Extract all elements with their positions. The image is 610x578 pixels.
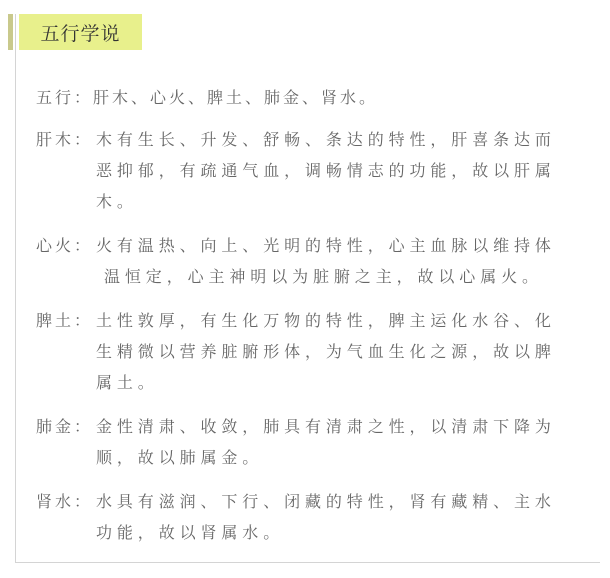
entry-line: 功能，故以肾属水。 (36, 517, 556, 548)
entry-line: 属土。 (36, 367, 556, 398)
entry-line: 木。 (36, 186, 556, 217)
entry-spleen-earth: 脾土： 土性敦厚，有生化万物的特性，脾主运化水谷、化 生精微以营养脏腑形体，为气… (36, 305, 556, 398)
entry-lung-metal: 肺金： 金性清肃、收敛，肺具有清肃之性，以清肃下降为 顺，故以肺属金。 (36, 411, 556, 473)
section-header: 五行学说 (19, 14, 142, 50)
entry-label: 肝木： (36, 124, 96, 155)
header-accent-bar (8, 14, 13, 50)
intro-line: 五行：肝木、心火、脾土、肺金、肾水。 (36, 84, 556, 112)
entry-label: 心火： (36, 230, 96, 261)
entry-liver-wood: 肝木： 木有生长、升发、舒畅、条达的特性，肝喜条达而 恶抑郁，有疏通气血，调畅情… (36, 124, 556, 217)
entry-line: 顺，故以肺属金。 (36, 442, 556, 473)
entry-line: 温恒定，心主神明以为脏腑之主，故以心属火。 (36, 261, 556, 292)
entry-line: 火有温热、向上、光明的特性，心主血脉以维持体 (36, 230, 556, 261)
content-body: 五行：肝木、心火、脾土、肺金、肾水。 肝木： 木有生长、升发、舒畅、条达的特性，… (36, 84, 556, 561)
entry-line: 生精微以营养脏腑形体，为气血生化之源，故以脾 (36, 336, 556, 367)
entry-line: 木有生长、升发、舒畅、条达的特性，肝喜条达而 (36, 124, 556, 155)
entry-line: 恶抑郁，有疏通气血，调畅情志的功能，故以肝属 (36, 155, 556, 186)
entry-heart-fire: 心火： 火有温热、向上、光明的特性，心主血脉以维持体 温恒定，心主神明以为脏腑之… (36, 230, 556, 292)
entry-line: 土性敦厚，有生化万物的特性，脾主运化水谷、化 (36, 305, 556, 336)
entry-line: 金性清肃、收敛，肺具有清肃之性，以清肃下降为 (36, 411, 556, 442)
entry-kidney-water: 肾水： 水具有滋润、下行、闭藏的特性，肾有藏精、主水 功能，故以肾属水。 (36, 486, 556, 548)
section-title: 五行学说 (40, 19, 120, 46)
entry-label: 肺金： (36, 411, 96, 442)
entry-label: 脾土： (36, 305, 96, 336)
entry-label: 肾水： (36, 486, 96, 517)
entry-line: 水具有滋润、下行、闭藏的特性，肾有藏精、主水 (36, 486, 556, 517)
